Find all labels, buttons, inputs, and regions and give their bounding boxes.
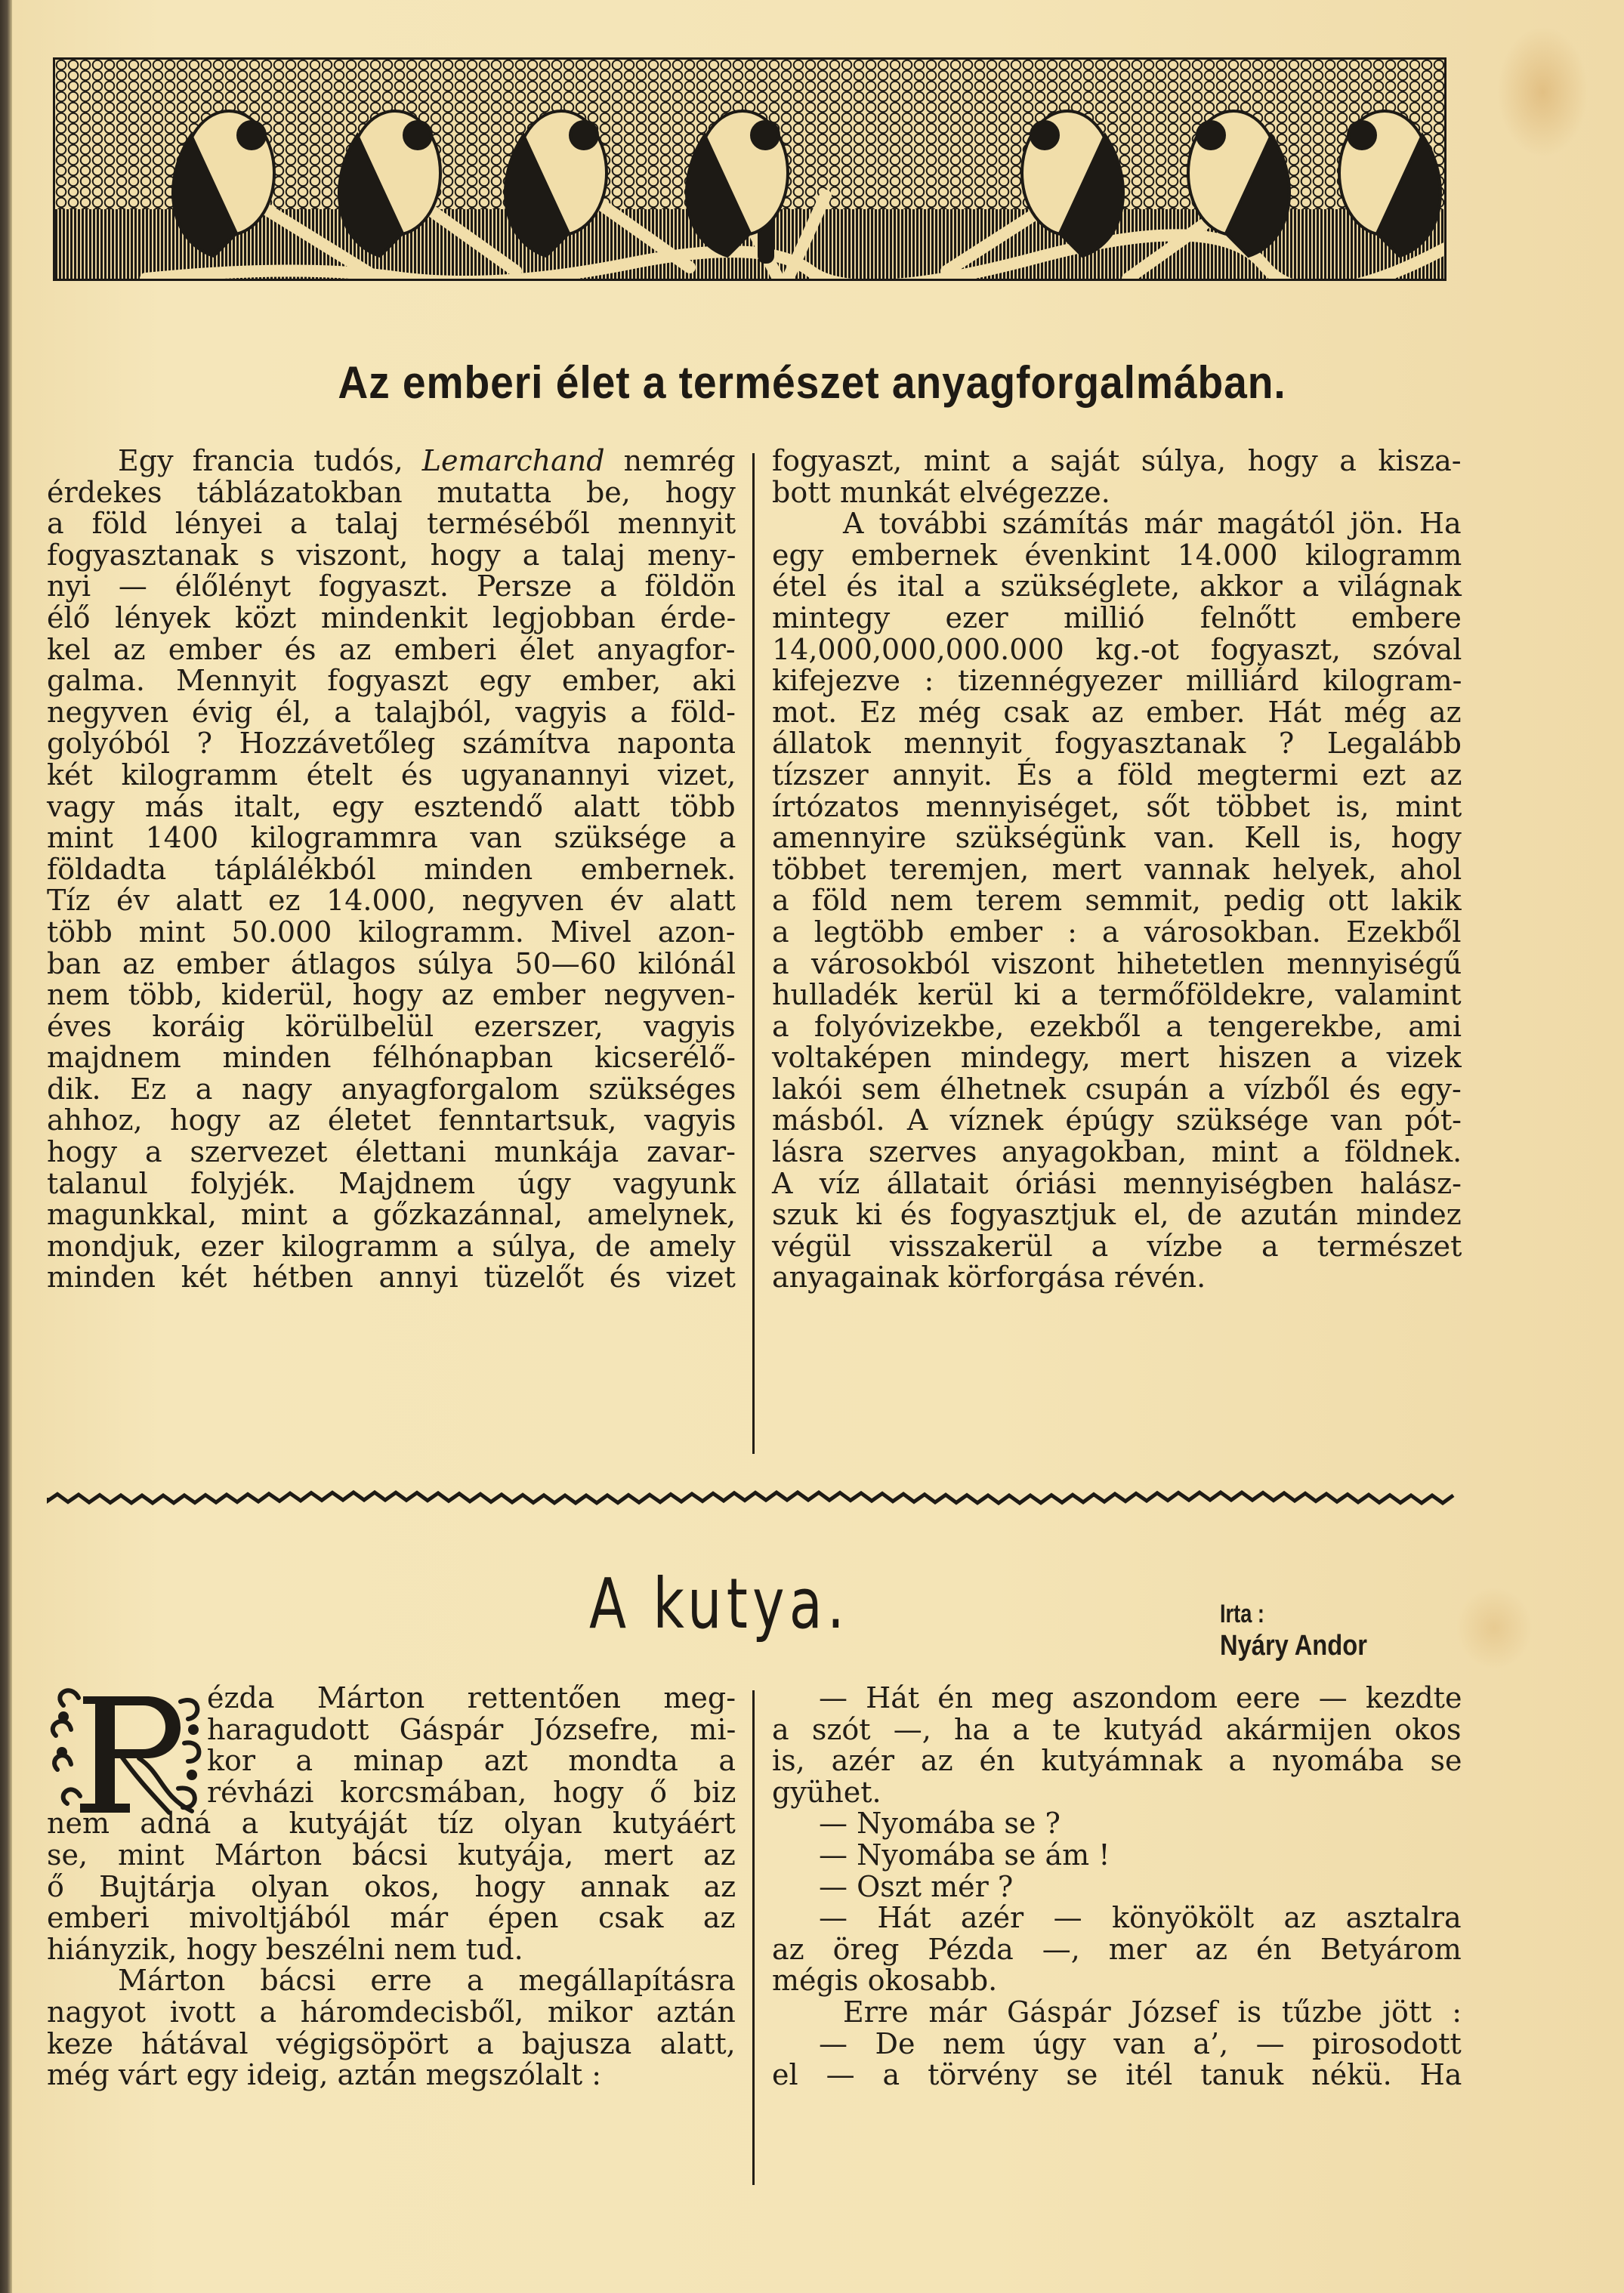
text-line: mondjuk, ezer kilogramm a súlya, de amel… [47, 1231, 736, 1263]
text-line: minden két hétben annyi tüzelőt és vizet [47, 1262, 736, 1294]
story-right-column: — Hát én meg aszondom eere — kezdtea szó… [772, 1683, 1462, 2091]
text-line: étel és ital a szükséglete, akkor a vilá… [772, 571, 1462, 603]
text-line: voltaképen mindegy, mert hiszen a vizek [772, 1042, 1462, 1074]
text-line: nem adná a kutyáját tíz olyan kutyáért [47, 1808, 736, 1840]
text-line: anyagainak körforgása révén. [772, 1262, 1462, 1294]
text-line: egy embernek évenkint 14.000 kilogramm [772, 540, 1462, 572]
text-line: — Oszt mér ? [772, 1872, 1462, 1903]
text-line: révházi korcsmában, hogy ő biz [47, 1777, 736, 1809]
text-line: még várt egy ideig, aztán megszólalt : [47, 2060, 736, 2091]
text-line: mégis okosabb. [772, 1965, 1462, 1997]
text-line: keze hátával végigsöpört a bajusza alatt… [47, 2029, 736, 2060]
text-line: a városokból viszont hihetetlen mennyisé… [772, 949, 1462, 980]
text-line: 14,000,000,000.000 kg.-ot fogyaszt, szóv… [772, 634, 1462, 666]
text-line: írtózatos mennyiséget, sőt többet is, mi… [772, 792, 1462, 823]
text-line: több mint 50.000 kilogramm. Mivel azon- [47, 917, 736, 949]
text-line: éves koráig körülbelül ezerszer, vagyis [47, 1011, 736, 1043]
text-line: — De nem úgy van a’, — pirosodott [772, 2029, 1462, 2060]
text-line: élő lények közt mindenkit legjobban érde… [47, 603, 736, 634]
text-line: hulladék kerül ki a termőföldekre, valam… [772, 980, 1462, 1011]
text-line: mint 1400 kilogrammra van szüksége a [47, 822, 736, 854]
article-title: Az emberi élet a természet anyagforgalmá… [65, 356, 1559, 409]
text-line: ézda Márton rettentően meg- [47, 1683, 736, 1714]
text-line: ahhoz, hogy az életet fenntartsuk, vagyi… [47, 1105, 736, 1137]
text-line: állatok mennyit fogyasztanak ? Legalább [772, 728, 1462, 760]
text-line: amennyire szükségünk van. Kell is, hogy [772, 822, 1462, 854]
text-line: Márton bácsi erre a megállapításra [47, 1965, 736, 1997]
text-line: vagy más italt, egy esztendő alatt több [47, 792, 736, 823]
page-binding-edge [0, 0, 12, 2293]
text-line: lásra szerves anyagokban, mint a földnek… [772, 1137, 1462, 1168]
text-line: lakói sem élhetnek csupán a vízből és eg… [772, 1074, 1462, 1106]
text-line: a legtöbb ember : a városokban. Ezekből [772, 917, 1462, 949]
text-line: a föld lényei a talaj terméséből mennyit [47, 508, 736, 540]
text-line: fogyaszt, mint a saját súlya, hogy a kis… [772, 446, 1462, 477]
text-line: a folyóvizekbe, ezekből a tengerekbe, am… [772, 1011, 1462, 1043]
italic-name: Lemarchand [422, 444, 605, 477]
text-line: tízszer annyit. És a föld megtermi ezt a… [772, 760, 1462, 792]
story-title: A kutya. [589, 1563, 849, 1644]
text-line: talanul folyjék. Majdnem úgy vagyunk [47, 1168, 736, 1200]
article1-right-column: fogyaszt, mint a saját súlya, hogy a kis… [772, 446, 1462, 1294]
text-line: nyi — élőlényt fogyaszt. Persze a földön [47, 571, 736, 603]
text-line: Tíz év alatt ez 14.000, negyven év alatt [47, 885, 736, 917]
text-line: bott munkát elvégezze. [772, 477, 1462, 509]
text-line: mot. Ez még csak az ember. Hát még az [772, 697, 1462, 729]
text-line: se, mint Márton bácsi kutyája, mert az [47, 1840, 736, 1872]
text-line: negyven évig él, a talajból, vagyis a fö… [47, 697, 736, 729]
text-line: végül visszakerül a vízbe a természet [772, 1231, 1462, 1263]
text-line: a föld nem terem semmit, pedig ott lakik [772, 885, 1462, 917]
story-left-column: ézda Márton rettentően meg-haragudott Gá… [47, 1683, 736, 2091]
text-line: hiányzik, hogy beszélni nem tud. [47, 1934, 736, 1966]
author-name: Nyáry Andor [1220, 1630, 1367, 1662]
text-line: hogy a szervezet élettani munkája zavar- [47, 1137, 736, 1168]
text-line: ő Bujtárja olyan okos, hogy annak az [47, 1872, 736, 1903]
text-line: kel az ember és az emberi élet anyagfor- [47, 634, 736, 666]
text-line: el — a törvény se itél tanuk nékü. Ha [772, 2060, 1462, 2091]
text-line: fogyasztanak s viszont, hogy a talaj men… [47, 540, 736, 572]
text-line: gyühet. [772, 1777, 1462, 1809]
text-line: nem több, kiderül, hogy az ember negyven… [47, 980, 736, 1011]
text-line: kifejezve : tizennégyezer milliárd kilog… [772, 665, 1462, 697]
text-line: A további számítás már magától jön. Ha [772, 508, 1462, 540]
text-line: — Hát azér — könyökölt az asztalra [772, 1903, 1462, 1934]
header-illustration-birds [53, 57, 1446, 281]
text-line: ban az ember átlagos súlya 50—60 kilónál [47, 949, 736, 980]
text-line: érdekes táblázatokban mutatta be, hogy [47, 477, 736, 509]
text-line: az öreg Pézda —, mer az én Betyárom [772, 1934, 1462, 1966]
text-line: galma. Mennyit fogyaszt egy ember, aki [47, 665, 736, 697]
text-line: földadta táplálékból minden embernek. [47, 854, 736, 886]
text-line: magunkkal, mint a gőzkazánnal, amelynek, [47, 1199, 736, 1231]
text-line: mintegy ezer millió felnőtt embere [772, 603, 1462, 634]
column-divider [752, 1690, 755, 2185]
text-line: másból. A víznek épúgy szüksége van pót- [772, 1105, 1462, 1137]
text-line: szuk ki és fogyasztjuk el, de azután min… [772, 1199, 1462, 1231]
article1-left-column: Egy francia tudós, Lemarchand nemrégérde… [47, 446, 736, 1294]
text-line: emberi mivoltjából már épen csak az [47, 1903, 736, 1934]
byline-label: Irta : [1220, 1600, 1264, 1629]
text-line: kor a minap azt mondta a [47, 1745, 736, 1777]
text-line: — Nyomába se ? [772, 1808, 1462, 1840]
text-line: nagyot ivott a háromdecisből, mikor aztá… [47, 1997, 736, 2029]
text-line: Egy francia tudós, Lemarchand nemrég [47, 446, 736, 477]
text-line: a szót —, ha a te kutyád akármijen okos [772, 1714, 1462, 1746]
text-line: golyóból ? Hozzávetőleg számítva naponta [47, 728, 736, 760]
text-line: többet teremjen, mert vannak helyek, aho… [772, 854, 1462, 886]
text-line: is, azér az én kutyámnak a nyomába se [772, 1745, 1462, 1777]
text-line: — Nyomába se ám ! [772, 1840, 1462, 1872]
text-line: két kilogramm ételt és ugyanannyi vizet, [47, 760, 736, 792]
column-divider [752, 453, 755, 1454]
birds-on-branch-icon [55, 60, 1446, 281]
text-line: dik. Ez a nagy anyagforgalom szükséges [47, 1074, 736, 1106]
text-line: majdnem minden félhónapban kicserélő- [47, 1042, 736, 1074]
text-line: — Hát én meg aszondom eere — kezdte [772, 1683, 1462, 1714]
text-line: Erre már Gáspár József is tűzbe jött : [772, 1997, 1462, 2029]
text-line: A víz állatait óriási mennyiségben halás… [772, 1168, 1462, 1200]
text-line: haragudott Gáspár Józsefre, mi- [47, 1714, 736, 1746]
wavy-separator-rule [47, 1486, 1459, 1509]
